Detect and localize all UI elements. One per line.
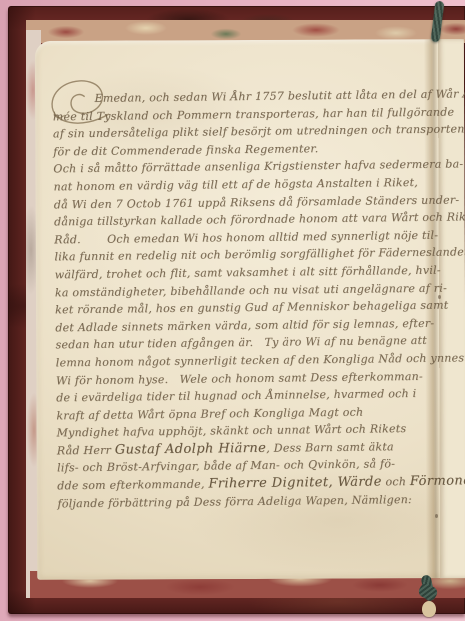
handwritten-text: nat honom en värdig väg till ett af de h…: [54, 176, 419, 193]
handwritten-text: ka omständigheter, bibehållande och nu v…: [55, 281, 447, 299]
handwritten-text: lifs- och Bröst-Arfvingar, både af Man- …: [57, 458, 395, 475]
handwritten-text: af sin undersåteliga plikt sielf besörjt…: [53, 123, 465, 141]
cord-tail-icon: [422, 601, 436, 617]
handwritten-text: ket rörande mål, hos en gunstig Gud af M…: [55, 299, 448, 317]
handwritten-text: Wi för honom hyse. Wele och honom samt D…: [56, 369, 423, 386]
handwritten-text: , Dess Barn samt äkta: [266, 440, 394, 455]
cord-strand-icon: [417, 582, 439, 603]
handwritten-text: för de dit Commenderade finska Regemente…: [53, 142, 318, 158]
handwritten-text: Myndighet hafva upphöjt, skänkt och unna…: [57, 422, 407, 439]
handwritten-text: dde som efterkommande,: [57, 478, 208, 493]
ink-speck: [438, 295, 441, 299]
handwritten-text: följande förbättring på Dess förra Adeli…: [57, 493, 412, 510]
emphasized-phrase: Friherre Dignitet, Wärde: [208, 474, 382, 491]
ink-speck: [435, 514, 438, 518]
handwritten-text: då Wi den 7 Octob 1761 uppå Riksens då f…: [54, 193, 460, 211]
handwritten-text: mée til Tyskland och Pommern transporter…: [53, 105, 455, 123]
handwritten-text: och: [382, 475, 410, 488]
handwritten-text: sedan han utur tiden afgången är. Ty äro…: [55, 334, 427, 352]
handwritten-text: wälfärd, trohet och flit, samt vaksamhet…: [55, 264, 441, 282]
handwritten-text: lika funnit en redelig nit och berömlig …: [54, 246, 465, 264]
handwritten-text: Emedan, och sedan Wi Åhr 1757 beslutit a…: [94, 87, 465, 105]
emphasized-phrase: Gustaf Adolph Hiärne: [115, 441, 267, 458]
photo-background: Emedan, och sedan Wi Åhr 1757 beslutit a…: [0, 0, 465, 621]
handwritten-text: Råd Herr: [57, 444, 115, 458]
handwritten-text: dåniga tillstyrkan kallade och förordnad…: [54, 210, 465, 228]
handwritten-text: Råd. Och emedan Wi hos honom alltid med …: [54, 228, 438, 246]
emphasized-phrase: Förmoner: [410, 473, 465, 489]
handwritten-text: kraft af detta Wårt öpna Bref och Kongli…: [56, 405, 363, 422]
bookmark-cord-knot-icon: [413, 575, 449, 613]
handwritten-text: Och i så måtto förrättade ansenliga Krig…: [53, 158, 463, 176]
handwritten-text: lemna honom något synnerligit tecken af …: [56, 351, 465, 369]
handwritten-text: de i evärdeliga tider til hugnad och Åmi…: [56, 387, 416, 404]
handwritten-text: det Adlade sinnets märken värda, som alt…: [55, 316, 434, 334]
manuscript-text-block: Emedan, och sedan Wi Åhr 1757 beslutit a…: [52, 86, 447, 513]
